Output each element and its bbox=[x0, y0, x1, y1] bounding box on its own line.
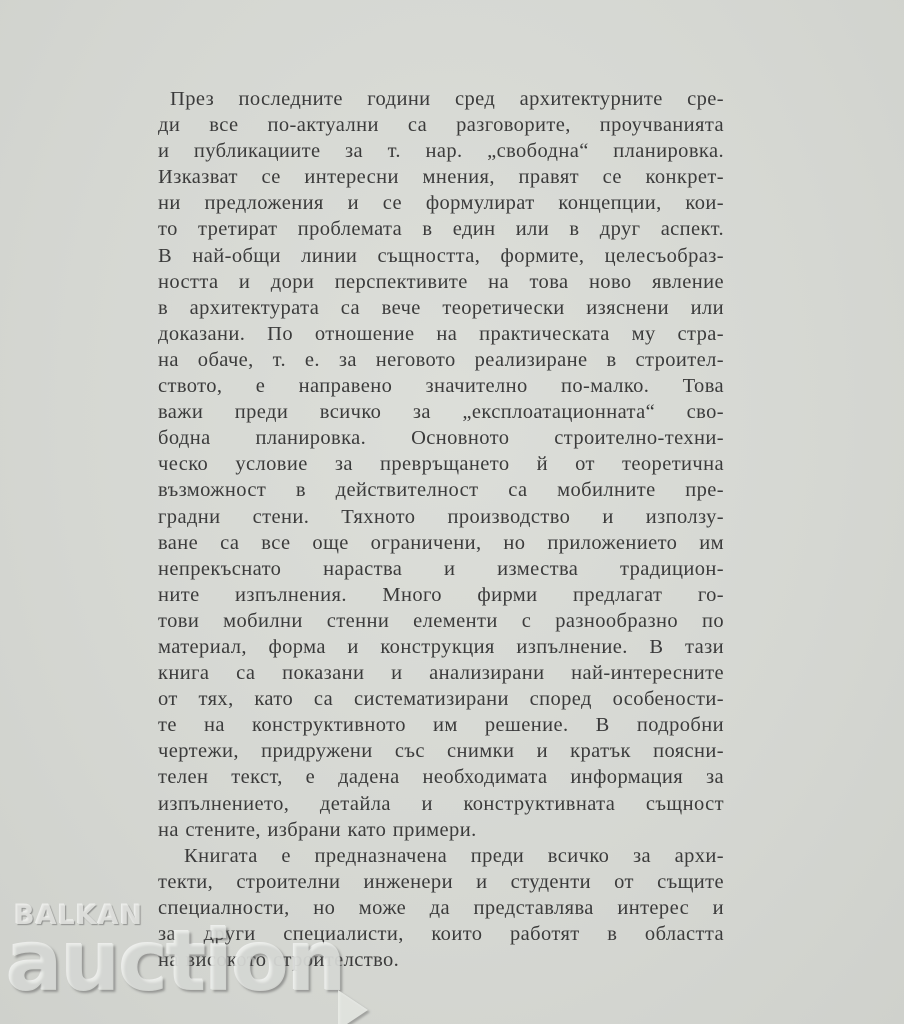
text-line: на високото строителство. bbox=[158, 947, 724, 973]
text-line: ческо условие за превръщането й от теоре… bbox=[158, 451, 724, 477]
text-line: възможност в действителност са мобилните… bbox=[158, 477, 724, 503]
text-line: ни предложения и се формулират концепции… bbox=[158, 190, 724, 216]
play-arrow-icon bbox=[338, 990, 368, 1024]
text-line: непрекъснато нараства и измества традици… bbox=[158, 556, 724, 582]
text-line: телен текст, е дадена необходимата инфор… bbox=[158, 764, 724, 790]
text-line: в архитектурата са вече теоретически изя… bbox=[158, 295, 724, 321]
text-line: ните изпълнения. Много фирми предлагат г… bbox=[158, 582, 724, 608]
text-line: на обаче, т. е. за неговото реализиране … bbox=[158, 347, 724, 373]
text-line: за други специалисти, които работят в об… bbox=[158, 921, 724, 947]
text-line: чертежи, придружени със снимки и кратък … bbox=[158, 738, 724, 764]
text-line: ността и дори перспективите на това ново… bbox=[158, 269, 724, 295]
text-line: изпълнението, детайла и конструктивната … bbox=[158, 791, 724, 817]
text-line: от тях, като са систематизирани според о… bbox=[158, 686, 724, 712]
text-line: и публикациите за т. нар. „свободна“ пла… bbox=[158, 138, 724, 164]
text-line: бодна планировка. Основното строително-т… bbox=[158, 425, 724, 451]
scanned-page: През последните години сред архитектурни… bbox=[0, 0, 904, 1024]
text-line: на стените, избрани като примери. bbox=[158, 817, 724, 843]
text-line: ди все по-актуални са разговорите, проуч… bbox=[158, 112, 724, 138]
text-line: През последните години сред архитектурни… bbox=[158, 86, 724, 112]
watermark-brand-top: BALKAN bbox=[14, 900, 143, 931]
text-line: то третират проблемата в един или в друг… bbox=[158, 216, 724, 242]
text-line: Изказват се интересни мнения, правят се … bbox=[158, 164, 724, 190]
text-line: специалности, но може да представлява ин… bbox=[158, 895, 724, 921]
text-line: ството, е направено значително по-малко.… bbox=[158, 373, 724, 399]
text-line: книга са показани и анализирани най-инте… bbox=[158, 660, 724, 686]
book-text: През последните години сред архитектурни… bbox=[158, 86, 724, 973]
text-line: доказани. По отношение на практическата … bbox=[158, 321, 724, 347]
text-line: важи преди всичко за „експлоатационната“… bbox=[158, 399, 724, 425]
text-line: тови мобилни стенни елементи с разнообра… bbox=[158, 608, 724, 634]
text-line: текти, строителни инженери и студенти от… bbox=[158, 869, 724, 895]
text-line: В най-общи линии същността, формите, цел… bbox=[158, 243, 724, 269]
text-line: Книгата е предназначена преди всичко за … bbox=[158, 843, 724, 869]
text-line: материал, форма и конструкция изпълнение… bbox=[158, 634, 724, 660]
text-line: градни стени. Тяхното производство и изп… bbox=[158, 504, 724, 530]
text-line: те на конструктивното им решение. В подр… bbox=[158, 712, 724, 738]
text-line: ване са все още ограничени, но приложени… bbox=[158, 530, 724, 556]
